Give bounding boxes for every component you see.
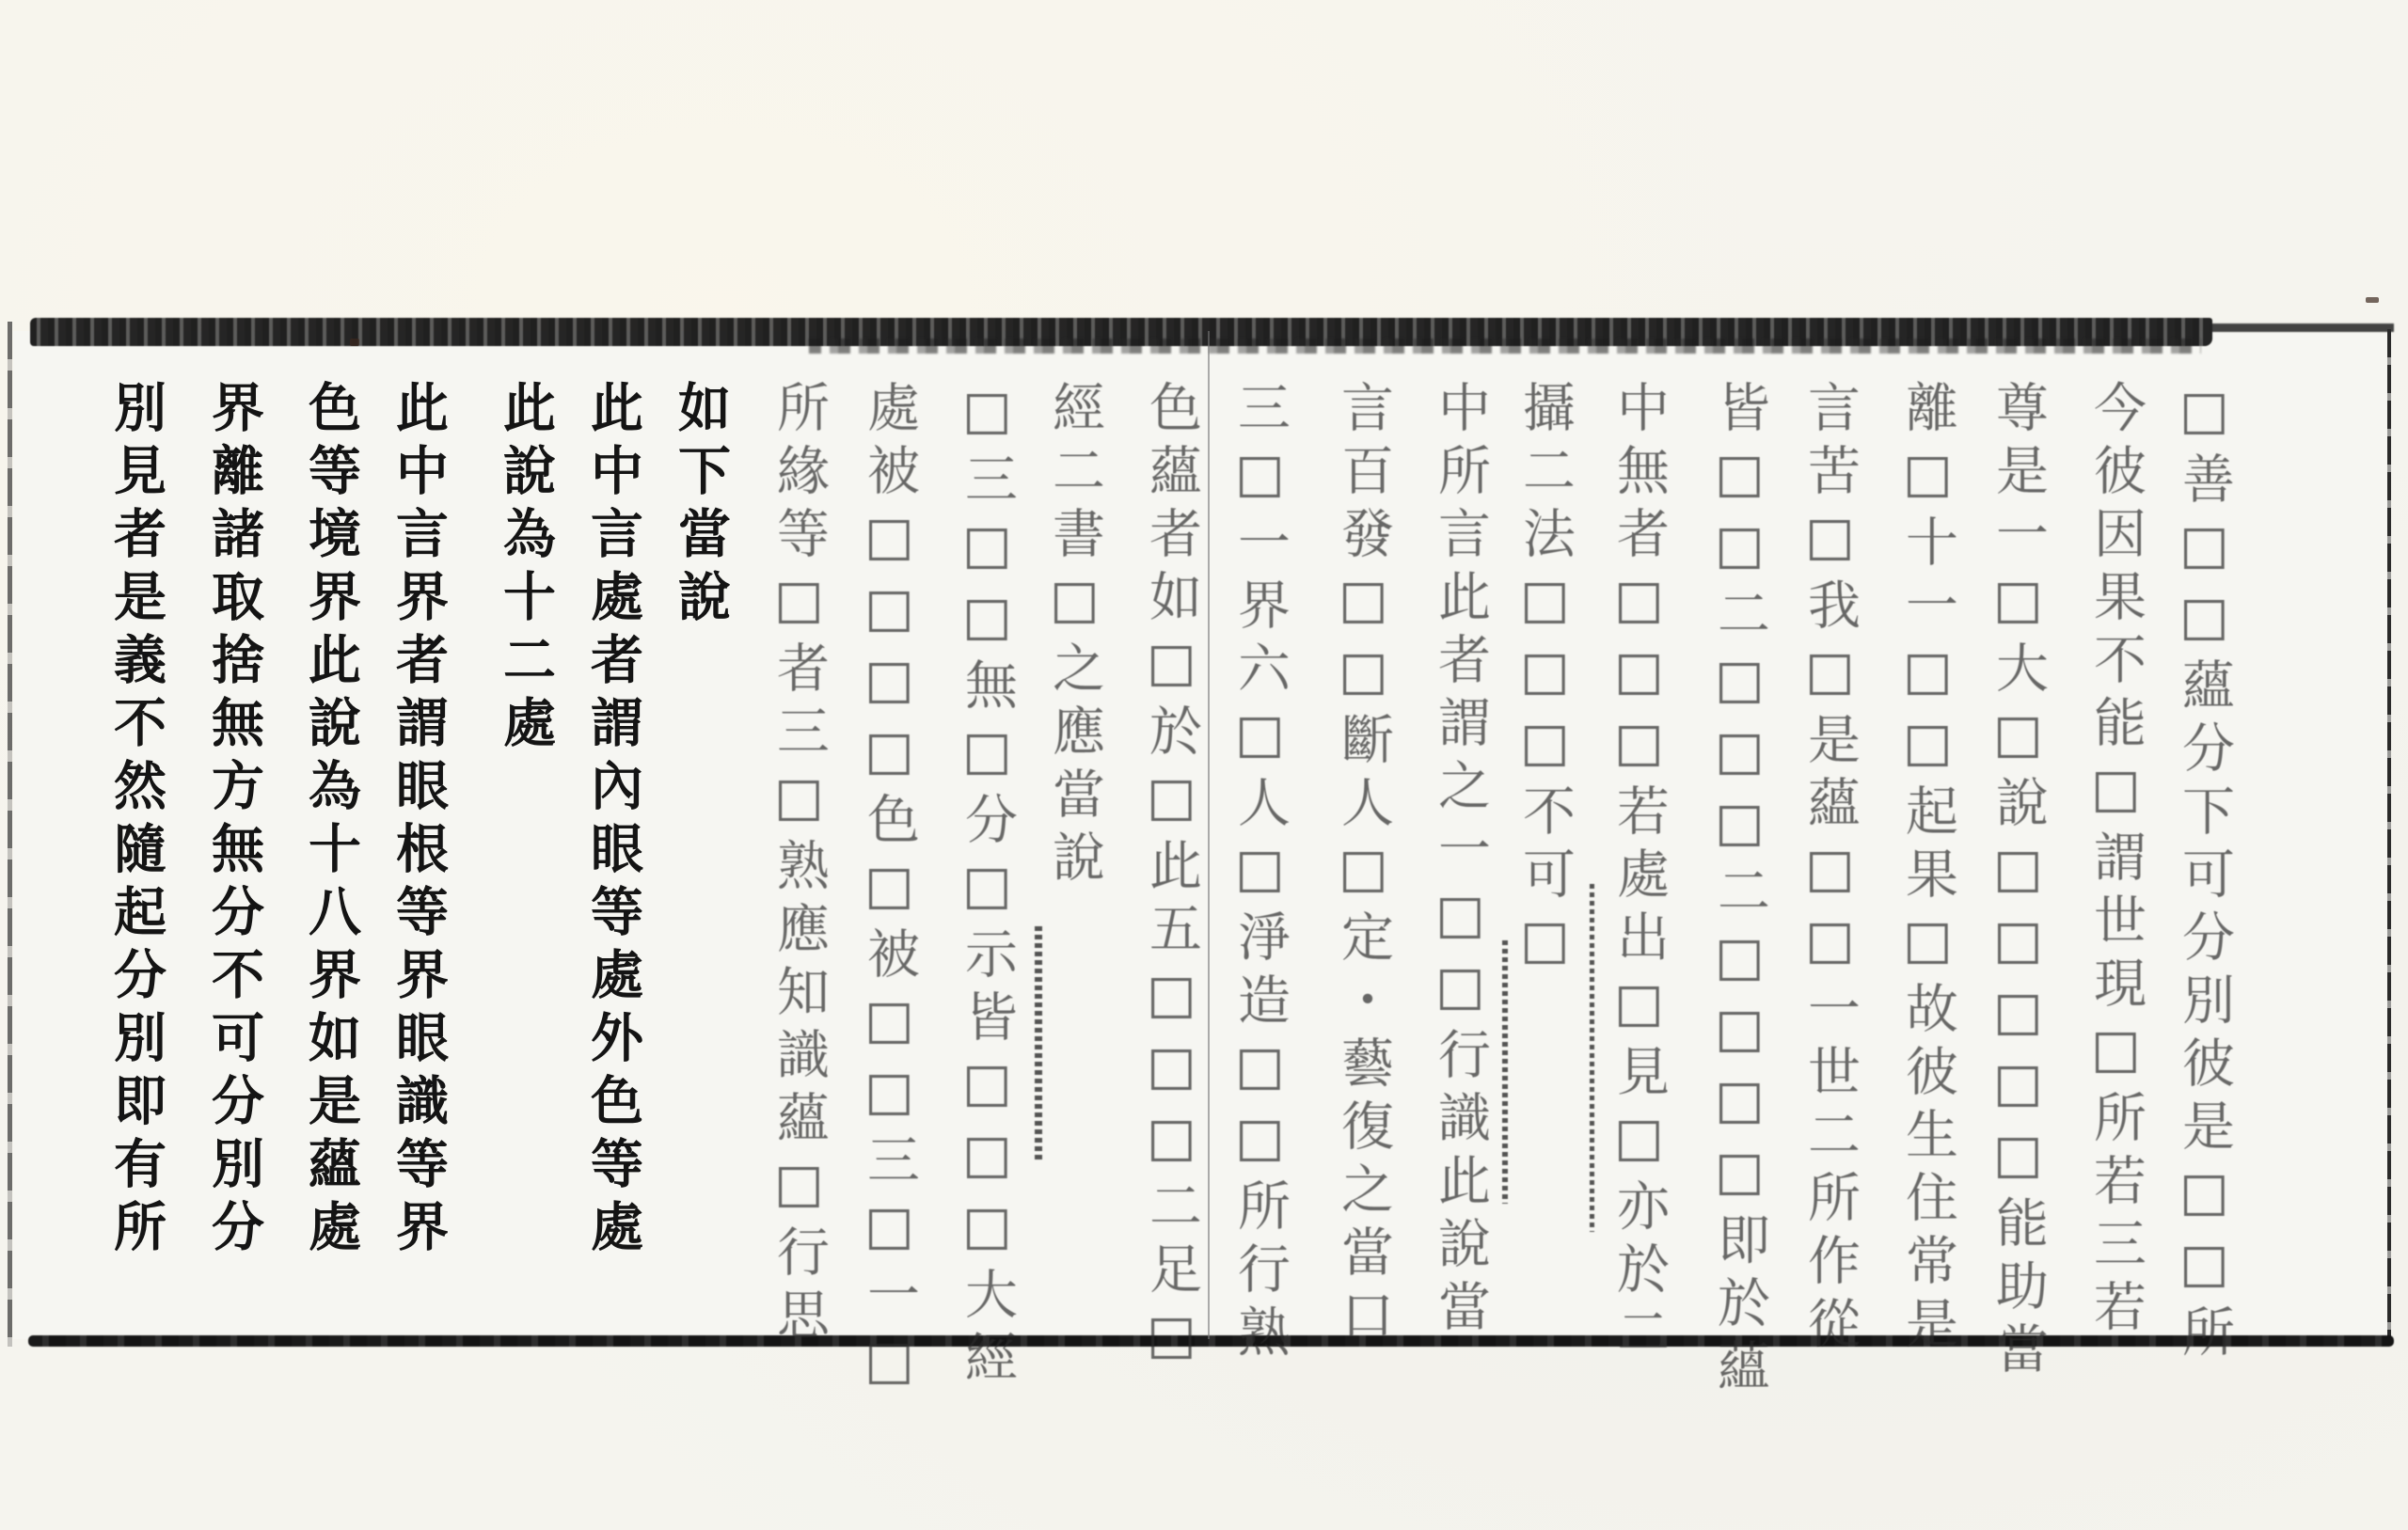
ink-stain: [1035, 926, 1042, 1161]
text-column: □三□□無□分□示皆□□□大經: [958, 380, 1016, 1393]
text-column: 界離諸取捨無方無分不可分別分: [205, 380, 263, 1262]
text-column: 尊是一□大□說□□□□□能助當: [1988, 380, 2047, 1384]
text-column: 言百發□□斷人□定・藝復之當口: [1334, 380, 1392, 1350]
ink-stain: [1502, 940, 1508, 1204]
text-column: 此說為十二處: [497, 380, 555, 758]
corner-mark: [2366, 297, 2379, 303]
text-column: 三□一界六□人□淨造□□所行熟: [1230, 380, 1289, 1367]
text-column: 所緣等□者三□熟應知識蘊□行思: [769, 380, 828, 1350]
frame-right-border: [2387, 329, 2391, 1343]
text-column: 色蘊者如□於□此五□□□二足□: [1142, 380, 1200, 1376]
frame-top-border-smudge: [809, 339, 2201, 354]
frame-top-border-right: [2210, 323, 2394, 332]
text-column: 中所言此者謂之一□□行識此說當: [1431, 380, 1489, 1342]
frame-left-border: [8, 322, 12, 1347]
text-column: 經二書□之應當說: [1045, 380, 1103, 892]
text-column: 處被□□□□色□被□□三□一□: [860, 380, 918, 1401]
text-column: 色等境界此說為十八界如是蘊處: [302, 380, 360, 1262]
center-fold-line: [1208, 331, 1210, 1339]
text-column: 言苦□我□是蘊□□一世二所作從: [1800, 380, 1859, 1359]
ink-stain: [1590, 884, 1594, 1232]
border-mark: [350, 339, 359, 346]
text-column: 別見者是義不然隨起分別即有所: [107, 380, 166, 1262]
text-column: □善□□蘊分下可分別彼是□□所: [2175, 380, 2233, 1367]
text-column: 此中言界者謂眼根等界眼識等界: [389, 380, 448, 1262]
text-column: 如下當說: [672, 380, 730, 632]
text-column: 此中言處者謂內眼等處外色等處: [584, 380, 642, 1262]
text-column: 離□十一□□起果□故彼生住常是: [1898, 380, 1956, 1359]
text-column: 中無者□□□若處出□見□亦於二: [1609, 380, 1668, 1367]
text-column: 今彼因果不能□謂世現□所若三若: [2086, 380, 2145, 1342]
text-column: 攝二法□□□不可□: [1515, 380, 1574, 981]
text-column: 皆□□二□□□二□□□□即於蘊: [1710, 380, 1768, 1401]
